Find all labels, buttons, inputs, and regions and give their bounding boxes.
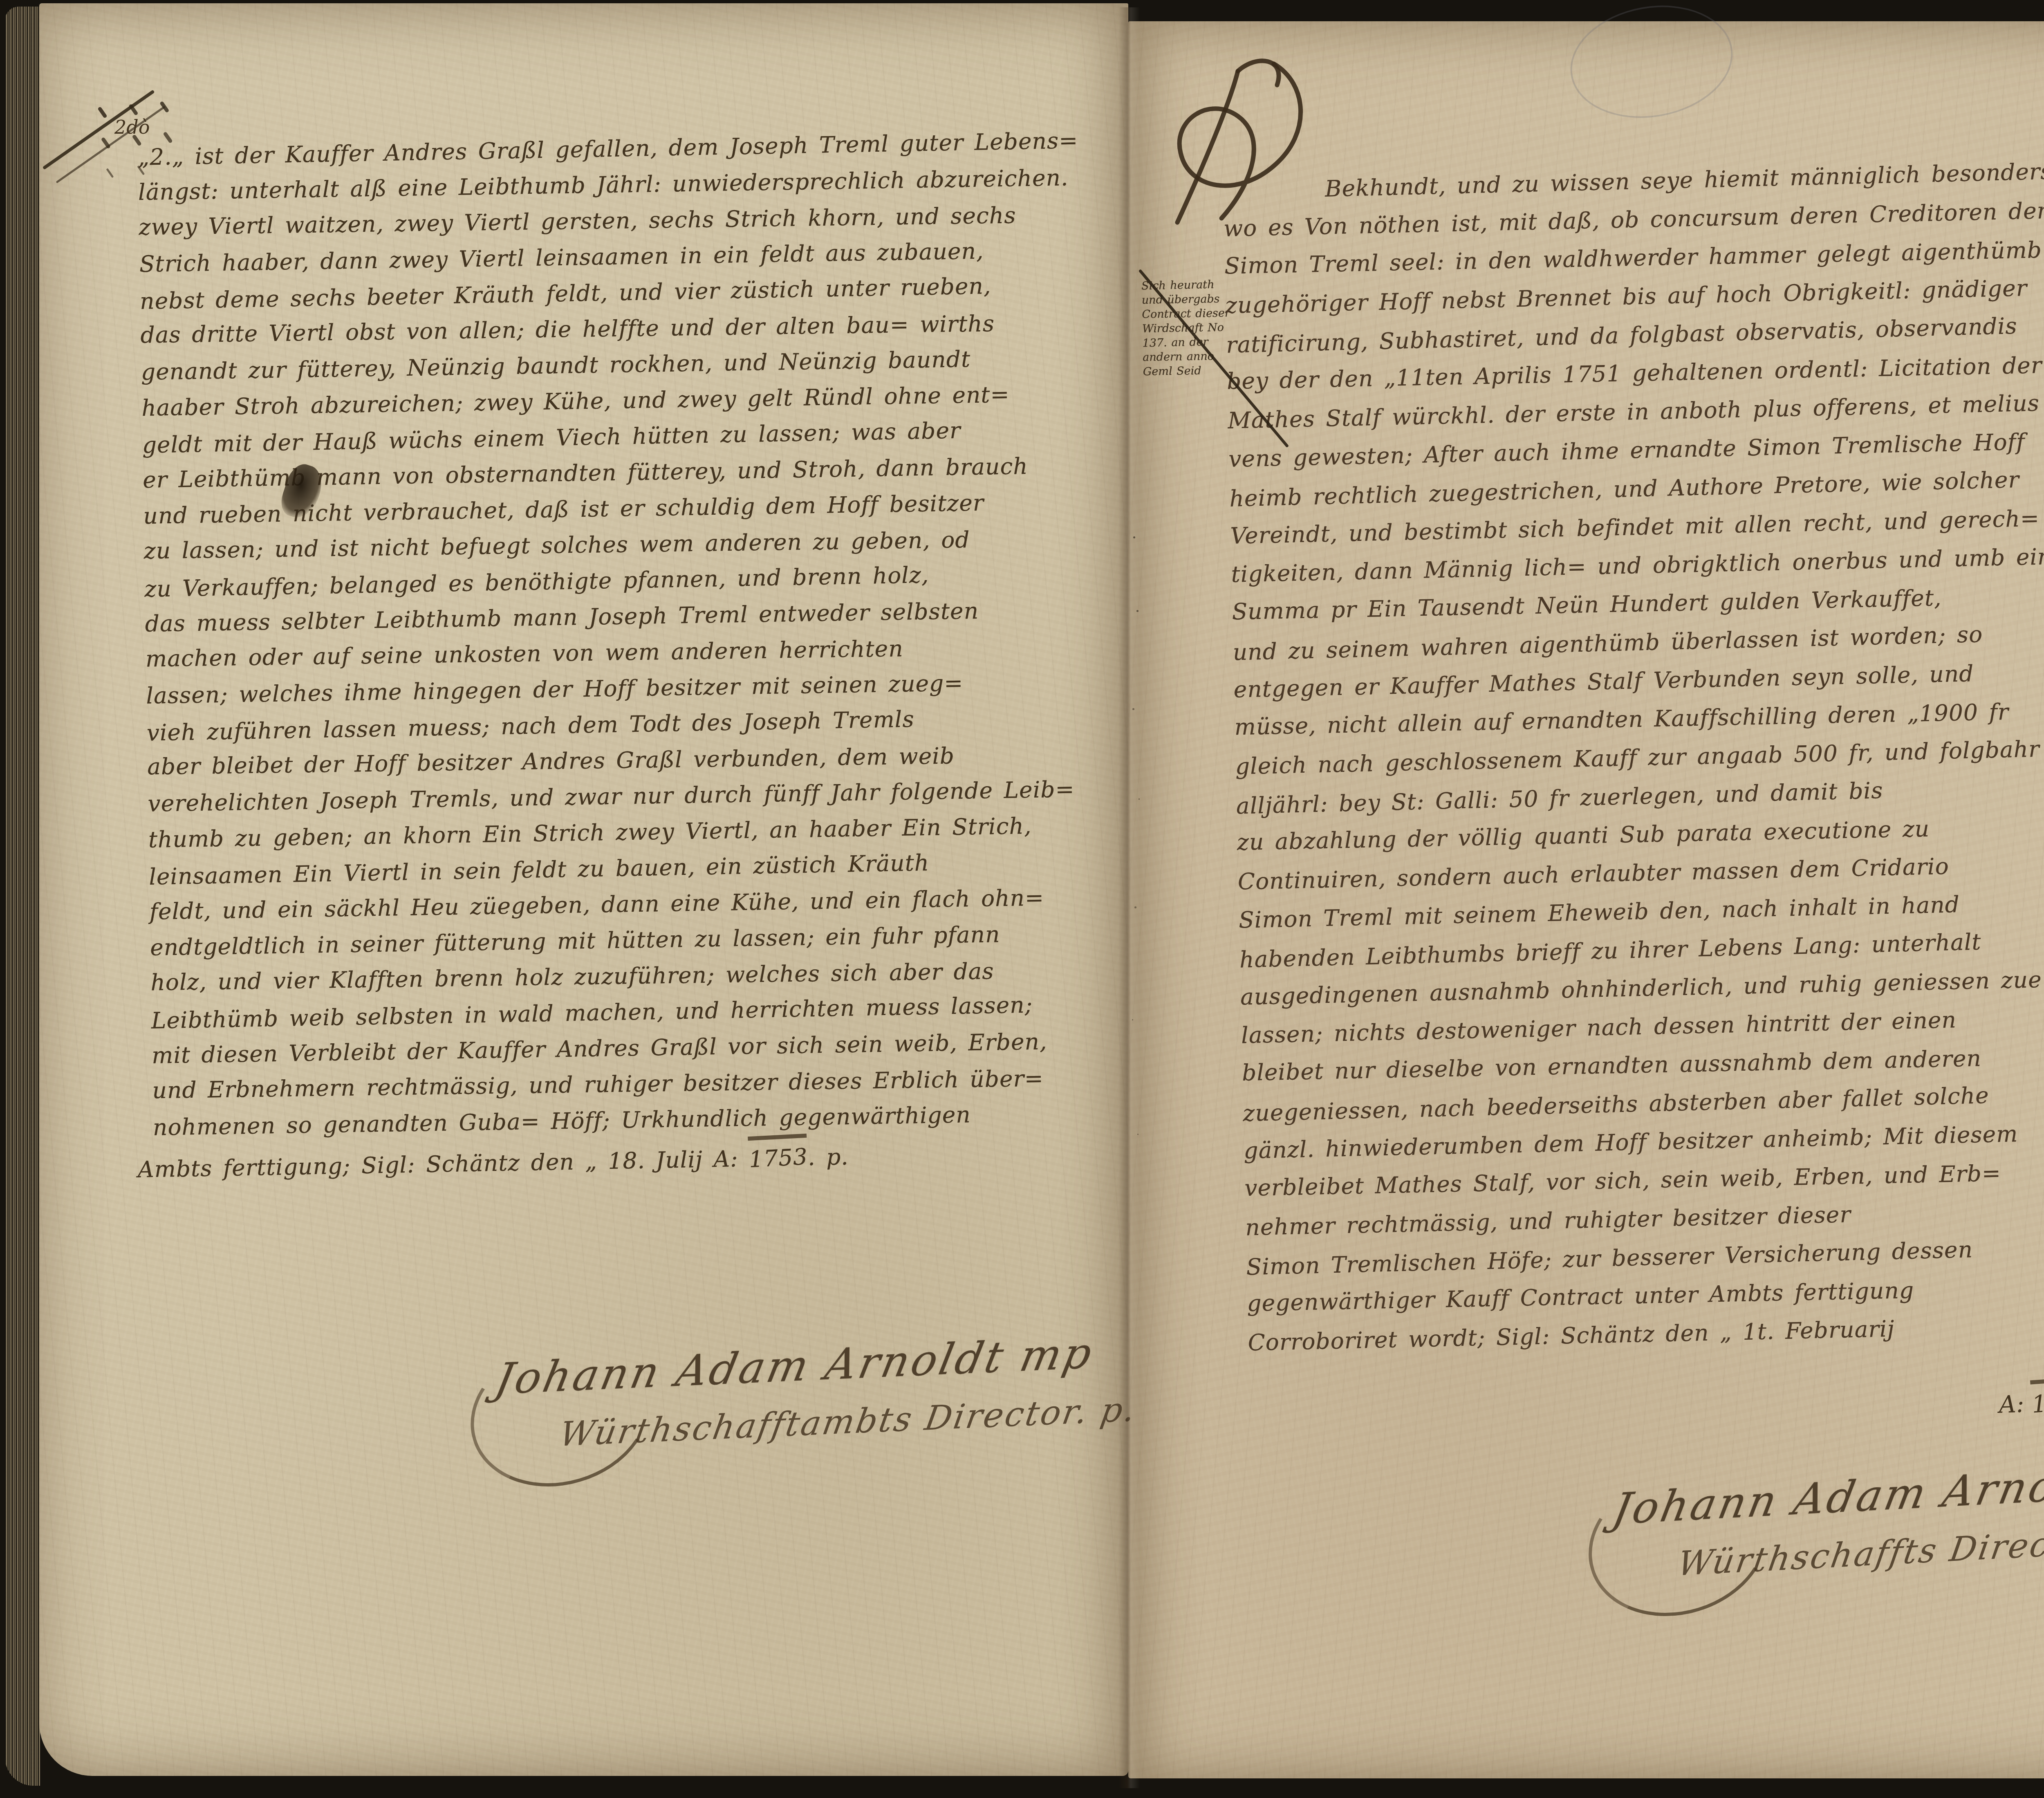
- right-page: Sich heurathund übergabsContract dieserW…: [1128, 21, 2044, 1778]
- date-suffix: . p.: [808, 1143, 849, 1170]
- left-signature-block: Johann Adam Arnoldt mp Würthschafftambts…: [495, 1326, 1137, 1457]
- book-page-edges: [5, 7, 40, 1786]
- date-text: Ambts ferttigung; Sigl: Schäntz den „ 18…: [137, 1146, 749, 1183]
- margin-note-line: und übergabs: [1141, 291, 1234, 307]
- date-prefix: A:: [1999, 1390, 2032, 1419]
- margin-note-line: andern anno: [1143, 349, 1235, 364]
- book-gutter-fold: [1118, 7, 1140, 1788]
- margin-note-line: 137. an der: [1142, 334, 1235, 350]
- signature-name: Johann Adam Arnoldt mp: [491, 1326, 1139, 1404]
- right-signature-block: Johann Adam Arnoldt mp Würthschaffts Dir…: [1612, 1453, 2044, 1587]
- corner-tick-marks: [97, 106, 108, 119]
- left-page-text: „2.„ ist der Kauffer Andres Graßl gefall…: [137, 123, 1114, 1146]
- margin-note-line: Contract dieser: [1142, 306, 1234, 321]
- signature-name: Johann Adam Arnoldt mp: [1609, 1453, 2044, 1534]
- right-page-text: Bekhundt, und zu wissen seye hiemit männ…: [1222, 150, 2044, 1362]
- left-page: 2dò „2.„ ist der Kauffer Andres Graßl ge…: [39, 3, 1128, 1776]
- date-year: 1753: [748, 1134, 809, 1177]
- manuscript-book-spread: 2dò „2.„ ist der Kauffer Andres Graßl ge…: [0, 0, 2044, 1798]
- superscript-2do-mark: 2dò: [114, 116, 150, 138]
- date-year: 1754: [2030, 1376, 2044, 1424]
- right-page-date-line: A: 1754. p.: [1222, 1374, 2044, 1451]
- pencil-oval-mark: [1562, 0, 1742, 130]
